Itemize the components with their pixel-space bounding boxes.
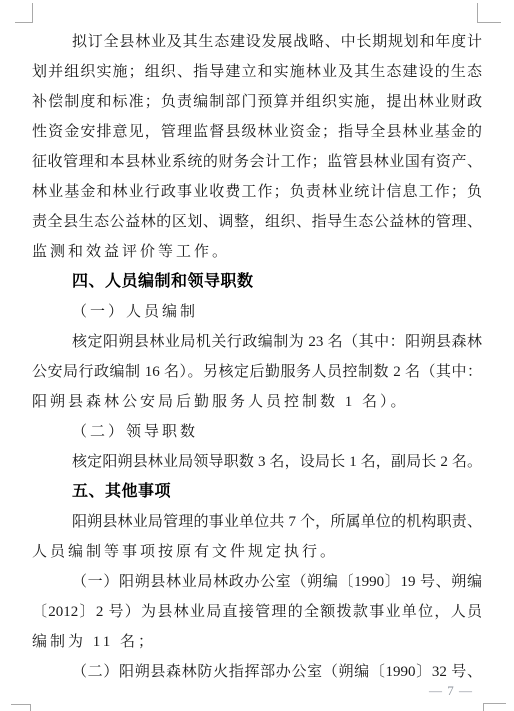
section-heading: 五、其他事项 [32, 477, 482, 507]
text-line: 拟订全县林业及其生态建设发展战略、中长期规划和年度计 [32, 27, 482, 57]
sub-heading: （一）人员编制 [32, 297, 482, 327]
sub-heading: （二）领导职数 [32, 417, 482, 447]
page-number: — 7 — [429, 682, 473, 700]
text-line: （二）阳朔县森林防火指挥部办公室（朔编〔1990〕32 号、 [32, 657, 482, 687]
crop-mark-top-right [477, 3, 501, 23]
text-line: 公安局行政编制 16 名）。另核定后勤服务人员控制数 2 名（其中： [32, 357, 482, 387]
text-line: 编制为 11 名； [32, 627, 482, 657]
text-line: 性资金安排意见，管理监督县级林业资金；指导全县林业基金的 [32, 117, 482, 147]
crop-mark-bottom-left [11, 704, 31, 711]
text-line: 责全县生态公益林的区划、调整，组织、指导生态公益林的管理、 [32, 207, 482, 237]
crop-mark-top-left [15, 3, 33, 23]
paragraph: 阳朔县林业局管理的事业单位共 7 个，所属单位的机构职责、人员编制等事项按原有文… [32, 507, 482, 567]
section-heading: 四、人员编制和领导职数 [32, 267, 482, 297]
text-line: 核定阳朔县林业局领导职数 3 名，设局长 1 名，副局长 2 名。 [32, 447, 482, 477]
paragraph: 核定阳朔县林业局机关行政编制为 23 名（其中：阳朔县森林公安局行政编制 16 … [32, 327, 482, 417]
document-page: 拟订全县林业及其生态建设发展战略、中长期规划和年度计划并组织实施；组织、指导建立… [0, 0, 514, 711]
paragraph: 核定阳朔县林业局领导职数 3 名，设局长 1 名，副局长 2 名。 [32, 447, 482, 477]
text-line: 阳朔县林业局管理的事业单位共 7 个，所属单位的机构职责、 [32, 507, 482, 537]
text-line: 核定阳朔县林业局机关行政编制为 23 名（其中：阳朔县森林 [32, 327, 482, 357]
text-line: 林业基金和林业行政事业收费工作；负责林业统计信息工作；负 [32, 177, 482, 207]
paragraph: （一）阳朔县林业局林政办公室（朔编〔1990〕19 号、朔编〔2012〕2 号）… [32, 567, 482, 657]
text-line: 征收管理和本县林业系统的财务会计工作；监管县林业国有资产、 [32, 147, 482, 177]
text-line: 人员编制等事项按原有文件规定执行。 [32, 537, 482, 567]
text-line: （一）阳朔县林业局林政办公室（朔编〔1990〕19 号、朔编 [32, 567, 482, 597]
crop-mark-bottom-right [483, 703, 506, 711]
text-line: 划并组织实施；组织、指导建立和实施林业及其生态建设的生态 [32, 57, 482, 87]
text-line: 〔2012〕2 号）为县林业局直接管理的全额拨款事业单位，人员 [32, 597, 482, 627]
document-body: 拟订全县林业及其生态建设发展战略、中长期规划和年度计划并组织实施；组织、指导建立… [32, 27, 482, 687]
text-line: 阳朔县森林公安局后勤服务人员控制数 1 名）。 [32, 387, 482, 417]
text-line: 监测和效益评价等工作。 [32, 237, 482, 267]
paragraph: （二）阳朔县森林防火指挥部办公室（朔编〔1990〕32 号、 [32, 657, 482, 687]
paragraph: 拟订全县林业及其生态建设发展战略、中长期规划和年度计划并组织实施；组织、指导建立… [32, 27, 482, 267]
text-line: 补偿制度和标准；负责编制部门预算并组织实施，提出林业财政 [32, 87, 482, 117]
